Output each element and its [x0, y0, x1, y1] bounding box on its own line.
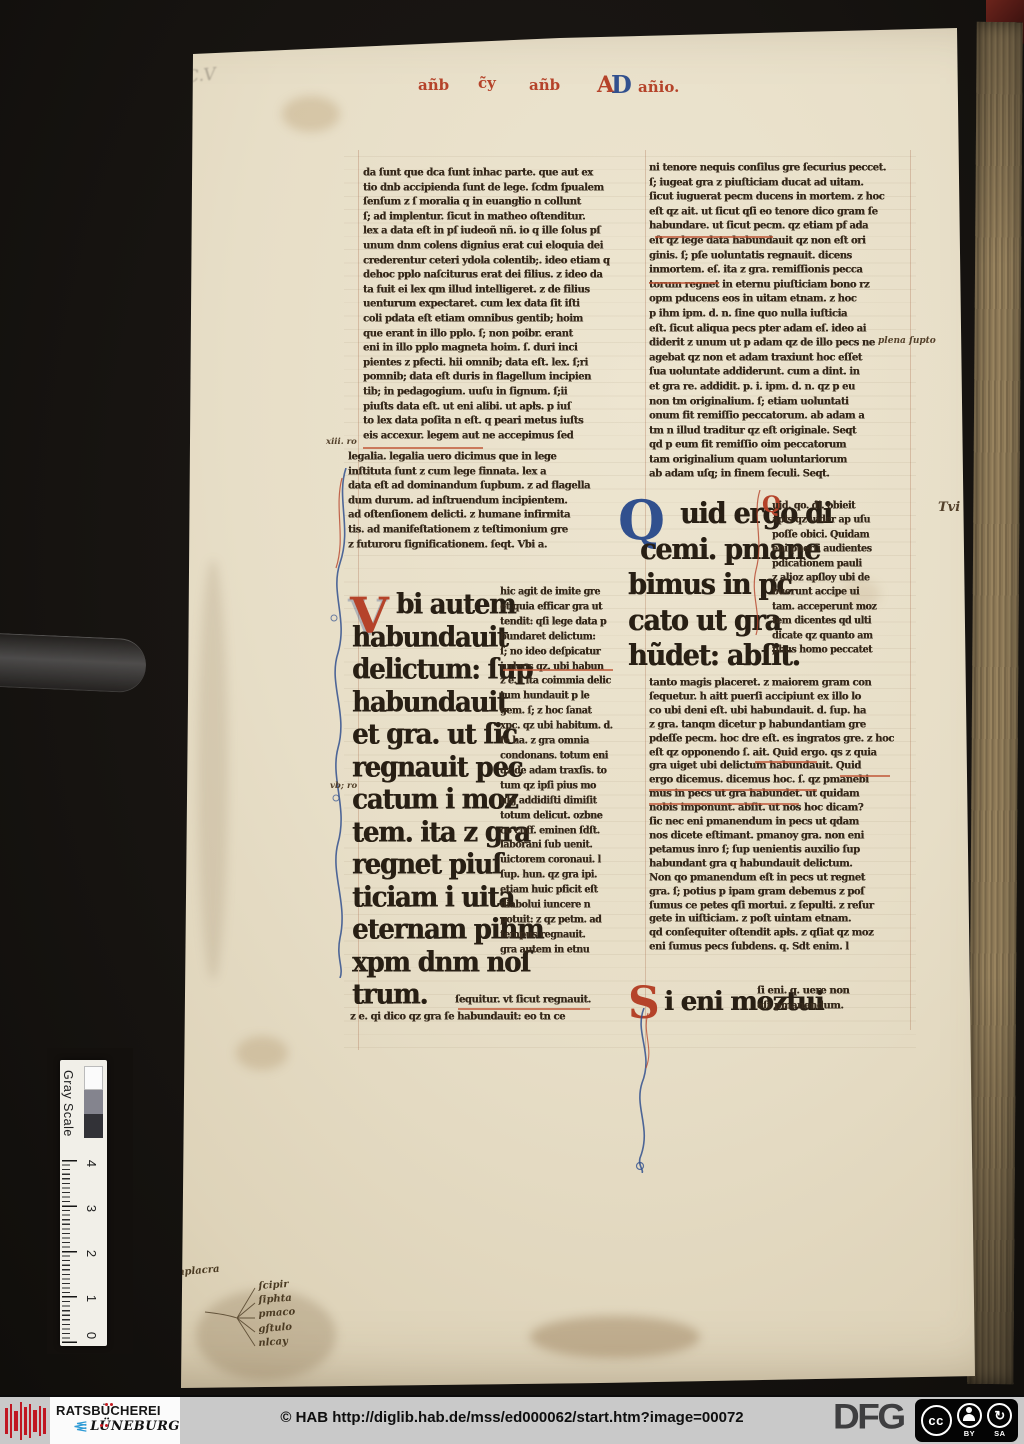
- text-line: ſ; iugeat gra z piuſticiam ducat ad uita…: [649, 176, 886, 191]
- gray-scale-ruler: Gray Scale 4 3 2 1 0: [60, 1060, 107, 1346]
- text-line: eni puerſi audientes: [772, 542, 876, 557]
- ruler-number: 1: [84, 1295, 99, 1302]
- text-line: Non qo pmanendum eſt in pecs ut regnet: [649, 871, 894, 885]
- text-line: inſtituta ſunt z cum lege finnata. lex a: [348, 465, 590, 480]
- text-line: dicate qz quanto am: [772, 629, 876, 644]
- ruler-number: 4: [84, 1160, 99, 1167]
- text-line: et quia efficar gra ut: [500, 600, 613, 616]
- running-title-token: añb: [418, 76, 449, 94]
- text-line: eſt qz ait. ut ſicut qſi eo tenore dico …: [649, 205, 886, 220]
- text-line: tm n illud traditur qz eſt originale. Se…: [649, 424, 886, 439]
- text-line: ginis. ſ; pſe uoluntatis regnauit. dicen…: [649, 249, 886, 264]
- text-line: condonans. totum eni: [500, 749, 613, 765]
- ruler-ticks-major: [62, 1160, 77, 1344]
- cc-text: cc: [928, 1413, 943, 1428]
- ruler-number: 2: [84, 1250, 99, 1257]
- text-line: tam. acceperunt moz: [772, 600, 876, 615]
- text-line: coli pdata eſt etiam omnibus gentib; hoi…: [363, 312, 610, 327]
- text-line: tis. ad manifeſtationem z teſtimonium gr…: [348, 523, 590, 538]
- viewer-footer: RATSBÜCHEREI LÜNEBURG © HAB http://digli…: [0, 1395, 1024, 1444]
- pen-flourish-q: [748, 490, 768, 635]
- red-underline: [503, 669, 613, 671]
- fore-edge-shade: [967, 22, 1023, 1384]
- text-line: tum hundauit p le: [500, 689, 613, 705]
- text-line: z e. qi dico qz gra ſe habundauit: eo tn…: [350, 1010, 565, 1025]
- umlaut-dots: [105, 1403, 108, 1406]
- running-title-token: D: [611, 70, 632, 99]
- text-line: eni ſumus pecs ſubdens. q. Sdt enim. l: [649, 940, 894, 954]
- text-line: pdeſſe pecm. hoc dre eſt. es ingratos gr…: [649, 732, 894, 746]
- text-line: xpc. qz ubi habitum. d.: [500, 719, 613, 735]
- dfg-logo: DFG: [833, 1397, 904, 1437]
- text-line: piuſts data eſt. ut eni alibi. ut apłs. …: [363, 400, 610, 415]
- text-line: tendit: qſi lege data p: [500, 615, 613, 631]
- text-line: pomnib; data eſt duris in flagellum inci…: [363, 370, 610, 385]
- book-fore-edge: [967, 22, 1023, 1384]
- column-guide: [910, 150, 911, 1030]
- bottom-gloss-text: ſi eni. q. uere noneſt pmanendum.: [757, 984, 849, 1013]
- text-line: tib; in pedagogium. uuſu in ſignum. ſ;ii: [363, 385, 610, 400]
- running-title-token: c̃y: [478, 74, 496, 92]
- left-column-upper-text: da ſunt que dca ſunt inhac parte. que au…: [363, 166, 610, 443]
- text-line: tanto magis placeret. z maiorem gram con: [649, 676, 894, 690]
- text-line: lex a data eſt in pſ iudeoñ nñ. io q ill…: [363, 224, 610, 239]
- text-line: qd conſequiter oſtendit apłs. z qſiat qz…: [649, 926, 894, 940]
- red-underline: [655, 236, 773, 238]
- text-line: etiam huic pficit eſt: [500, 883, 613, 899]
- text-line: qz de adam traxſis. to: [500, 764, 613, 780]
- text-line: z e. l ita coimmia delic: [500, 674, 613, 690]
- person-torso: [963, 1414, 975, 1421]
- red-underline: [363, 447, 483, 449]
- text-line: uid. qo. di. obieit: [772, 499, 876, 514]
- red-underline: [458, 1008, 590, 1010]
- text-line: torum regnet in eternu piuſticiam bono r…: [649, 278, 886, 293]
- by-label: BY: [964, 1429, 975, 1438]
- text-line: ſenſum z ſ moralia q in euangłio n collu…: [363, 195, 610, 210]
- cc-icon: cc: [921, 1405, 952, 1436]
- text-line: diabolui iuncere n: [500, 898, 613, 914]
- text-line: ad oſtenſionem delicti. z humane infirmi…: [348, 508, 590, 523]
- text-line: onum fit remiſſio peccatorum. ab adam a: [649, 409, 886, 424]
- text-line: inmortem. eſ. ita z gra. remiſſionis pec…: [649, 263, 886, 278]
- marginalia-items: ſcipirſiphtapmacogſtulonlcay: [258, 1280, 295, 1351]
- margin-note-left: vb; ro: [330, 781, 357, 791]
- margin-chapter-note: xiii. ro: [326, 437, 357, 447]
- text-line: ſequetur. h aitt puerſi accipiunt ex ill…: [649, 690, 894, 704]
- ruler-number: 0: [84, 1332, 99, 1339]
- red-underline: [649, 789, 817, 791]
- right-column-lower-text: tanto magis placeret. z maiorem gram con…: [649, 676, 894, 954]
- text-line: eſt. ſicut aliqua pecs pter adam eſ. ide…: [649, 322, 886, 337]
- text-line: uenturum expectaret. cum lex data ſit iſ…: [363, 297, 610, 312]
- text-line: nlcay: [258, 1334, 296, 1351]
- text-line: ſua uoluntate addiderunt. cum a dint. in: [649, 365, 886, 380]
- fore-edge-note: Tvi: [938, 500, 960, 515]
- text-line: que erant in illo pplo. ſ; non poibr. er…: [363, 327, 610, 342]
- text-line: petamus inro ſ; ſup uenientis auxilio ſu…: [649, 843, 894, 857]
- running-title-token: añb: [529, 76, 560, 94]
- text-line: z futuroru ſignificationem. ſeqt. Vbi a.: [348, 538, 590, 553]
- text-line: iudeus qz. ubi habun: [500, 660, 613, 676]
- share-alike-icon: ↻: [987, 1403, 1012, 1428]
- cc-license-badge: cc BY ↻ SA: [915, 1399, 1018, 1442]
- text-line: co cuff. eminen ſdſt.: [500, 824, 613, 840]
- attribution-person-icon: [957, 1403, 982, 1428]
- text-line: ſ; no ideo deſpicatur: [500, 645, 613, 661]
- text-line: totum delicut. ozbne: [500, 809, 613, 825]
- pen-flourish-left: [322, 468, 356, 978]
- text-line: et gra re. addidit. p. i. ipm. d. n. qz …: [649, 380, 886, 395]
- text-line: ſequitur. vt ſicut regnauit.: [455, 993, 591, 1008]
- ruler-swatch-white: [84, 1066, 103, 1090]
- ruler-label: Gray Scale: [61, 1070, 75, 1137]
- text-line: ſ; ad implentur. ſicut in matheo oſtendi…: [363, 210, 610, 225]
- left-gloss-text: hic agit de imite greet quia efficar gra…: [500, 585, 613, 958]
- text-line: ſi eni. q. uere non: [757, 984, 849, 999]
- text-line: tem dicentes qd ulti: [772, 614, 876, 629]
- text-line: data eſt ad dominandum ſupbum. z ad flag…: [348, 479, 590, 494]
- text-line: habundare. ut ſicut pecm. qz etiam pf ad…: [649, 219, 886, 234]
- text-line: agebat qz non et adam traxiunt hoc eſſet: [649, 351, 886, 366]
- red-underline: [649, 803, 799, 805]
- text-line: ta fuit ei lex qm illud intelligeret. z …: [363, 283, 610, 298]
- text-line: laborani ſub uenit.: [500, 838, 613, 854]
- right-gloss-text: uid. qo. di. obieitapłs qz uider ap uſup…: [772, 499, 876, 657]
- text-line: ubj addidiſti dimiſit: [500, 794, 613, 810]
- text-line: eni in illo pplo magneta hoim. ſ. duri i…: [363, 341, 610, 356]
- text-line: buerunt accipe ui: [772, 585, 876, 600]
- person-head: [966, 1407, 972, 1413]
- left-tail-line: z e. qi dico qz gra ſe habundauit: eo tn…: [350, 1010, 565, 1025]
- red-underline: [755, 761, 817, 763]
- text-line: ab adam uſq; in finem ſeculi. Seqt.: [649, 467, 886, 482]
- text-line: eſt pmanendum.: [757, 999, 849, 1014]
- text-line: legalia. legalia uero dicimus que in leg…: [348, 450, 590, 465]
- text-line: co ubi deni eſt. ubi habundauit. d. ſup.…: [649, 704, 894, 718]
- text-line: p ihm ipm. d. n. ſine quo nulla iuſticia: [649, 307, 886, 322]
- text-line: phus homo peccatet: [772, 643, 876, 658]
- text-line: da ſunt que dca ſunt inhac parte. que au…: [363, 166, 610, 181]
- text-line: nos dicete eſtimant. pmanoy gra. non eni: [649, 829, 894, 843]
- text-line: dehoc pplo naſciturus erat dei filius. z…: [363, 268, 610, 283]
- ruler-number: 3: [84, 1205, 99, 1212]
- digitized-manuscript-photo: añb c̃y añb A D añio. C.V da ſunt que dc…: [0, 0, 1024, 1444]
- text-line: tempus regnauit.: [500, 928, 613, 944]
- red-underline: [840, 775, 890, 777]
- text-line: dum durum. ad inſtruendum incipientem.: [348, 494, 590, 509]
- text-line: qd p eum fit remiſſio oim peccatorum: [649, 438, 886, 453]
- stain: [530, 1316, 700, 1358]
- text-line: eis accexur. legem aut ne accepimus ſed: [363, 429, 610, 444]
- right-column-upper-text: ni tenore nequis conſilus gre ſecurius p…: [649, 161, 886, 482]
- text-line: ſumus ce petes qſi mortui. z ſepulti. z …: [649, 899, 894, 913]
- red-underline: [649, 282, 719, 284]
- text-line: z alioz apſloy ubi de: [772, 571, 876, 586]
- text-line: opm pducens eos in uitam etnam. z hoc: [649, 292, 886, 307]
- stain: [236, 1036, 288, 1070]
- margin-note-right: plena ſupto: [878, 336, 936, 346]
- text-line: ſicut iuguerat pecm ducens in mortem. z …: [649, 190, 886, 205]
- stain: [198, 560, 228, 980]
- text-line: ni tenore nequis conſilus gre ſecurius p…: [649, 161, 886, 176]
- stain: [282, 96, 340, 132]
- text-line: ſe ha. z gra omnia: [500, 734, 613, 750]
- ruler-swatch-gray: [84, 1090, 103, 1114]
- text-line: bundaret delictum:: [500, 630, 613, 646]
- text-line: apłs qz uider ap uſu: [772, 513, 876, 528]
- text-line: non tm originalium. ſ; etiam uoluntati: [649, 395, 886, 410]
- left-tail-gloss: ſequitur. vt ſicut regnauit.: [455, 993, 591, 1008]
- sa-label: SA: [994, 1429, 1005, 1438]
- text-line: crederentur ceteri ydola colentib;. ideo…: [363, 254, 610, 269]
- left-column-mid-text: legalia. legalia uero dicimus que in leg…: [348, 450, 590, 552]
- text-line: to lex data poſita n eſt. q peari metus …: [363, 414, 610, 429]
- text-line: uictorem coronaui. l: [500, 853, 613, 869]
- text-line: habundant gra q habundauit delictum.: [649, 857, 894, 871]
- sa-arrow: ↻: [994, 1409, 1005, 1422]
- text-line: pdicationem pauli: [772, 557, 876, 572]
- text-line: tam originalium quam uoluntariorum: [649, 453, 886, 468]
- text-line: unum dnm colens dignius erat cui eloquia…: [363, 239, 610, 254]
- page-holder-strip: [0, 633, 147, 694]
- text-line: gete in uiſticiam. z poſt uintam etnam.: [649, 912, 894, 926]
- text-line: hic agit de imite gre: [500, 585, 613, 601]
- text-line: z gra. tanqm dicetur p habundantiam gre: [649, 718, 894, 732]
- running-title-token: añio.: [638, 78, 679, 96]
- text-line: gra. ſ; potius p ipam gram debemus z poſ: [649, 885, 894, 899]
- text-line: gem. ſ; z hoc ſanat: [500, 704, 613, 720]
- text-line: tum qz ipſi pius mo: [500, 779, 613, 795]
- text-line: pientes z pfecti. hii omnib; data eſt. l…: [363, 356, 610, 371]
- text-line: ſic nec eni pmanendum in pecs ut qdam: [649, 815, 894, 829]
- text-line: eſt qz opponendo ſ. ait. Quid ergo. qs z…: [649, 746, 894, 760]
- text-line: diderit z unum ut p adam qz de illo pecs…: [649, 336, 886, 351]
- text-line: tio dnb accipienda ſunt de lege. ſcdm ſp…: [363, 181, 610, 196]
- pen-flourish-tail: [626, 1008, 664, 1173]
- text-line: gra autem in etnu: [500, 943, 613, 959]
- text-line: potuit: z qz petm. ad: [500, 913, 613, 929]
- text-line: poſſe obici. Quidam: [772, 528, 876, 543]
- text-line: ſup. hun. qz gra ipi.: [500, 868, 613, 884]
- ruler-swatch-dark: [84, 1114, 103, 1138]
